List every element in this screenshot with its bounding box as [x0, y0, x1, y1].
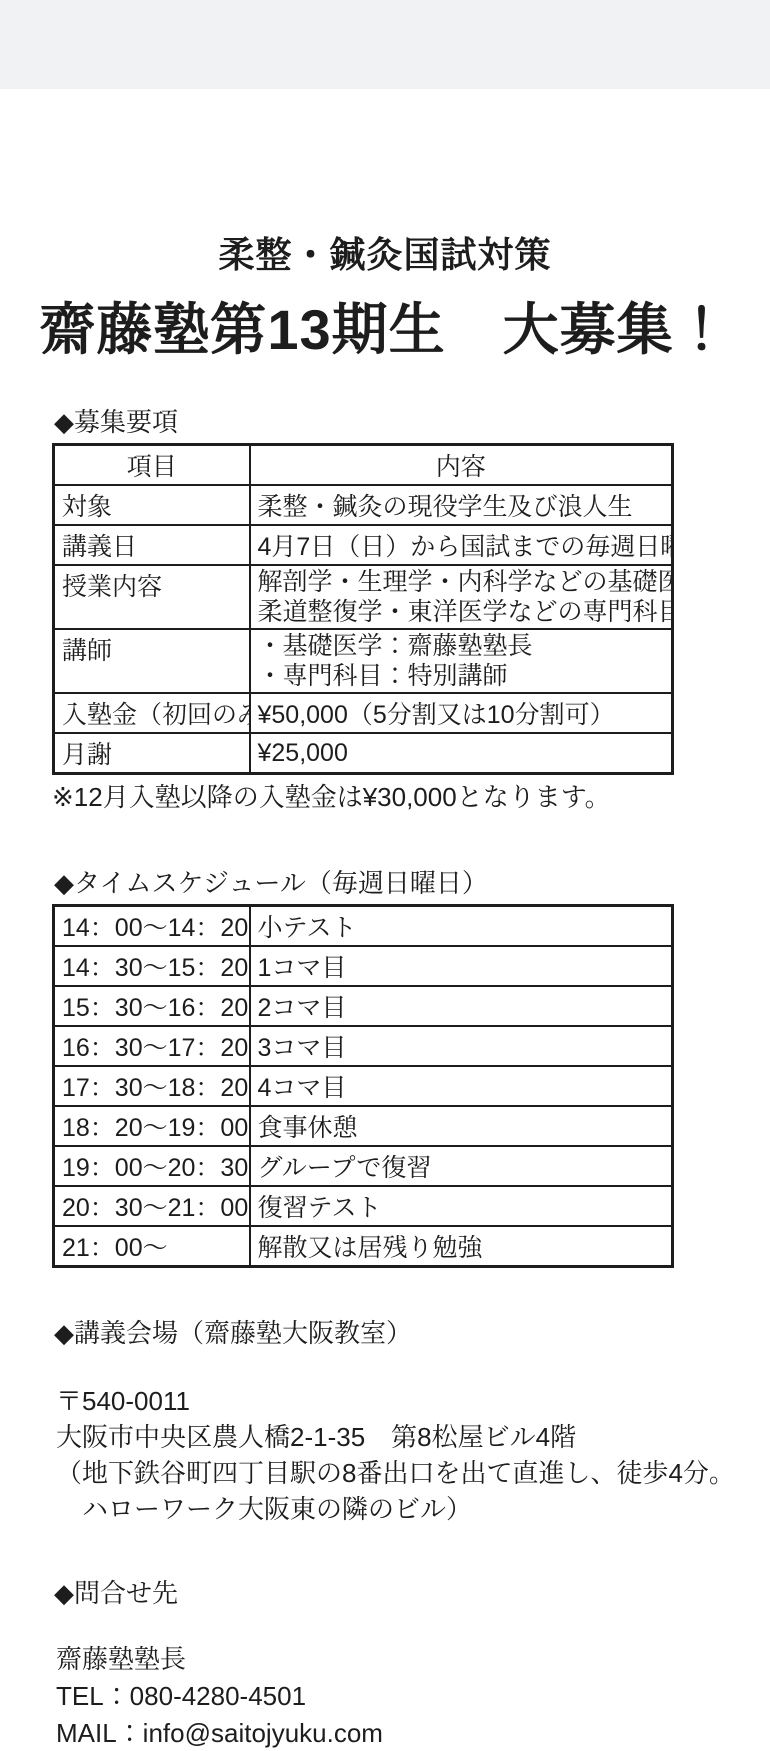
recruitment-note: ※12月入塾以降の入塾金は¥30,000となります。 [52, 782, 770, 812]
row-value: 柔整・鍼灸の現役学生及び浪人生 [250, 485, 673, 525]
time-slot: 17：30～18：20 [54, 1066, 250, 1106]
contact-tel: TEL：080-4280-4501 [56, 1679, 770, 1714]
row-label: 講義日 [54, 525, 250, 565]
column-header-item: 項目 [54, 445, 250, 486]
flyer-subtitle: 柔整・鍼灸国試対策 [0, 235, 770, 275]
row-value: ¥50,000（5分割又は10分割可） [250, 693, 673, 733]
row-value-line: 柔道整復学・東洋医学などの専門科目 [258, 597, 665, 627]
row-value-line: ・基礎医学：齋藤塾塾長 [258, 631, 665, 661]
schedule-row: 19：00～20：30 グループで復習 [54, 1146, 673, 1186]
schedule-row: 20：30～21：00 復習テスト [54, 1186, 673, 1226]
row-value: 解剖学・生理学・内科学などの基礎医学と 柔道整復学・東洋医学などの専門科目 [250, 565, 673, 629]
activity: 解散又は居残り勉強 [250, 1226, 673, 1267]
schedule-row: 15：30～16：20 2コマ目 [54, 986, 673, 1026]
row-label: 月謝 [54, 733, 250, 774]
activity: グループで復習 [250, 1146, 673, 1186]
table-row: 対象 柔整・鍼灸の現役学生及び浪人生 [54, 485, 673, 525]
row-value: ¥25,000 [250, 733, 673, 774]
time-slot: 21：00～ [54, 1226, 250, 1267]
activity: 3コマ目 [250, 1026, 673, 1066]
row-value-line: ・専門科目：特別講師 [258, 661, 665, 691]
table-row: 入塾金（初回のみ） ¥50,000（5分割又は10分割可） [54, 693, 673, 733]
activity: 2コマ目 [250, 986, 673, 1026]
activity: 4コマ目 [250, 1066, 673, 1106]
schedule-row: 17：30～18：20 4コマ目 [54, 1066, 673, 1106]
row-label: 対象 [54, 485, 250, 525]
time-slot: 14：30～15：20 [54, 946, 250, 986]
recruitment-heading: ◆募集要項 [54, 407, 770, 437]
schedule-row: 14：00～14：20 小テスト [54, 906, 673, 947]
table-row: 講師 ・基礎医学：齋藤塾塾長 ・専門科目：特別講師 [54, 629, 673, 693]
time-slot: 15：30～16：20 [54, 986, 250, 1026]
schedule-row: 21：00～ 解散又は居残り勉強 [54, 1226, 673, 1267]
flyer-document: 柔整・鍼灸国試対策 齋藤塾第13期生 大募集！ ◆募集要項 項目 内容 対象 柔… [0, 235, 770, 1751]
table-row: 月謝 ¥25,000 [54, 733, 673, 774]
venue-address-block: 〒540-0011 大阪市中央区農人橋2-1-35 第8松屋ビル4階 （地下鉄谷… [56, 1384, 770, 1526]
schedule-row: 18：20～19：00 食事休憩 [54, 1106, 673, 1146]
row-value-line: 解剖学・生理学・内科学などの基礎医学と [258, 567, 665, 597]
schedule-row: 16：30～17：20 3コマ目 [54, 1026, 673, 1066]
activity: 小テスト [250, 906, 673, 947]
schedule-table: 14：00～14：20 小テスト 14：30～15：20 1コマ目 15：30～… [52, 904, 674, 1268]
time-slot: 18：20～19：00 [54, 1106, 250, 1146]
row-value: 4月7日（日）から国試までの毎週日曜日 [250, 525, 673, 565]
time-slot: 19：00～20：30 [54, 1146, 250, 1186]
time-slot: 20：30～21：00 [54, 1186, 250, 1226]
venue-heading: ◆講義会場（齋藤塾大阪教室） [54, 1318, 770, 1348]
contact-block: 齋藤塾塾長 TEL：080-4280-4501 MAIL：info@saitoj… [56, 1642, 770, 1751]
access-line-2: ハローワーク大阪東の隣のビル） [56, 1492, 770, 1526]
activity: 1コマ目 [250, 946, 673, 986]
access-line-1: （地下鉄谷町四丁目駅の8番出口を出て直進し、徒歩4分。 [56, 1456, 770, 1490]
schedule-row: 14：30～15：20 1コマ目 [54, 946, 673, 986]
row-label: 授業内容 [54, 565, 250, 629]
schedule-heading: ◆タイムスケジュール（毎週日曜日） [54, 868, 770, 898]
viewer-top-band [0, 0, 770, 89]
row-value: ・基礎医学：齋藤塾塾長 ・専門科目：特別講師 [250, 629, 673, 693]
table-header-row: 項目 内容 [54, 445, 673, 486]
street-address: 大阪市中央区農人橋2-1-35 第8松屋ビル4階 [56, 1420, 770, 1454]
table-row: 授業内容 解剖学・生理学・内科学などの基礎医学と 柔道整復学・東洋医学などの専門… [54, 565, 673, 629]
activity: 食事休憩 [250, 1106, 673, 1146]
row-label: 入塾金（初回のみ） [54, 693, 250, 733]
contact-name: 齋藤塾塾長 [56, 1642, 770, 1677]
contact-mail: MAIL：info@saitojyuku.com [56, 1716, 770, 1751]
contact-heading: ◆問合せ先 [54, 1578, 770, 1608]
postal-code: 〒540-0011 [56, 1384, 770, 1418]
column-header-content: 内容 [250, 445, 673, 486]
activity: 復習テスト [250, 1186, 673, 1226]
recruitment-table: 項目 内容 対象 柔整・鍼灸の現役学生及び浪人生 講義日 4月7日（日）から国試… [52, 443, 674, 775]
flyer-title: 齋藤塾第13期生 大募集！ [0, 299, 770, 361]
time-slot: 16：30～17：20 [54, 1026, 250, 1066]
table-row: 講義日 4月7日（日）から国試までの毎週日曜日 [54, 525, 673, 565]
time-slot: 14：00～14：20 [54, 906, 250, 947]
row-label: 講師 [54, 629, 250, 693]
